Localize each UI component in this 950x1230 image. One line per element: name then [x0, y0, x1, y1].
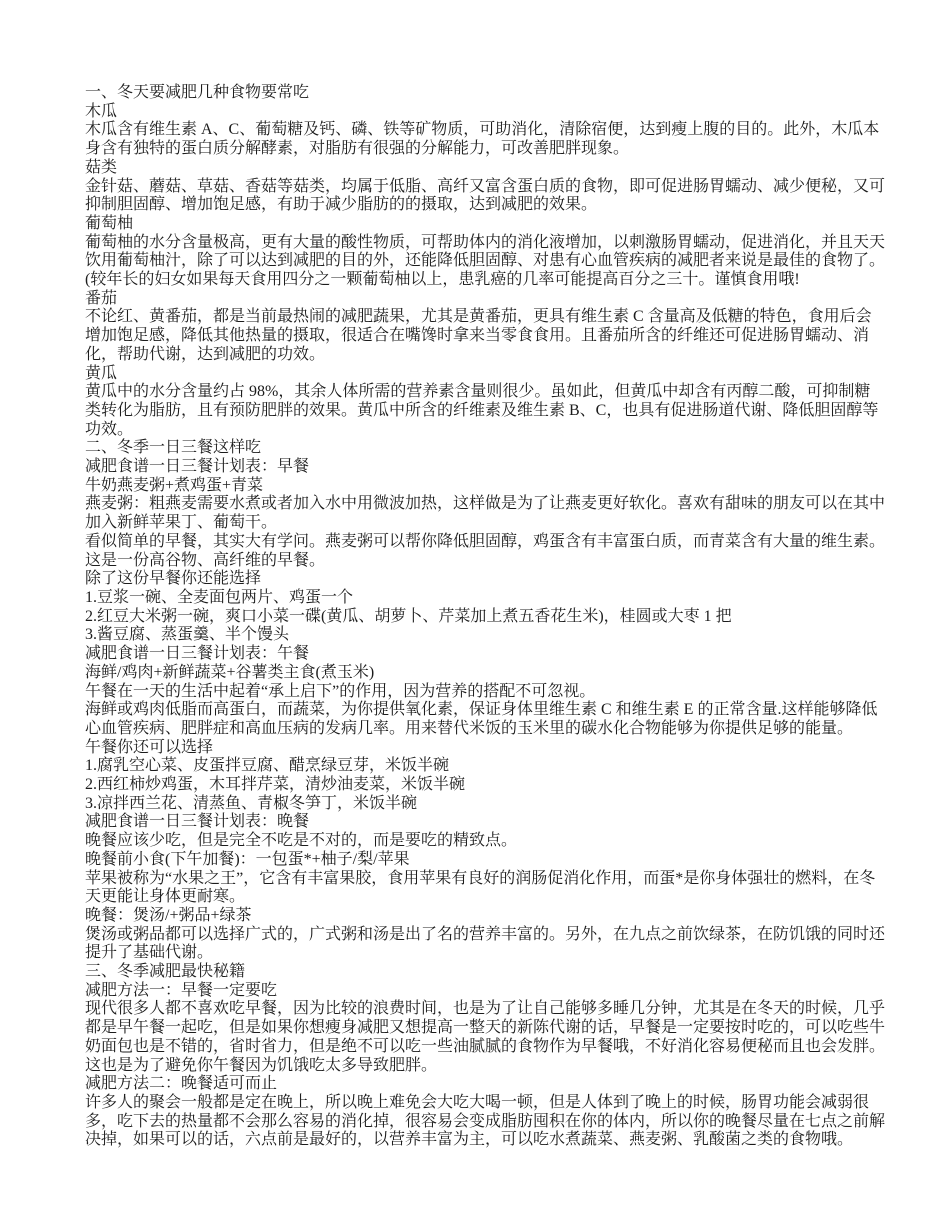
paragraph: 葡萄柚 [85, 215, 885, 234]
paragraph: 减肥食谱一日三餐计划表：早餐 [85, 458, 885, 477]
paragraph: 现代很多人都不喜欢吃早餐，因为比较的浪费时间，也是为了让自己能够多睡几分钟，尤其… [85, 1000, 885, 1075]
document-body: 一、冬天要减肥几种食物要常吃木瓜木瓜含有维生素 A、C、葡萄糖及钙、磷、铁等矿物… [85, 84, 885, 1150]
paragraph: 晚餐前小食(下午加餐)：一包蛋*+柚子/梨/苹果 [85, 851, 885, 870]
paragraph: 许多人的聚会一般都是定在晚上，所以晚上难免会大吃大喝一顿，但是人体到了晚上的时候… [85, 1094, 885, 1150]
paragraph: 牛奶燕麦粥+煮鸡蛋+青菜 [85, 477, 885, 496]
paragraph: 减肥方法一：早餐一定要吃 [85, 982, 885, 1001]
paragraph: 菇类 [85, 159, 885, 178]
paragraph: 晚餐应该少吃，但是完全不吃是不对的，而是要吃的精致点。 [85, 832, 885, 851]
paragraph: 海鲜/鸡肉+新鲜蔬菜+谷薯类主食(煮玉米) [85, 664, 885, 683]
paragraph: 番茄 [85, 290, 885, 309]
paragraph: 三、冬季减肥最快秘籍 [85, 963, 885, 982]
paragraph: 午餐在一天的生活中起着“承上启下”的作用，因为营养的搭配不可忽视。 [85, 683, 885, 702]
paragraph: 海鲜或鸡肉低脂而高蛋白，而蔬菜，为你提供氧化素，保证身体里维生素 C 和维生素 … [85, 701, 885, 738]
paragraph: 苹果被称为“水果之王”，它含有丰富果胶，食用苹果有良好的润肠促消化作用，而蛋*是… [85, 870, 885, 907]
paragraph: 2.西红柿炒鸡蛋，木耳拌芹菜，清炒油麦菜，米饭半碗 [85, 776, 885, 795]
paragraph: 1.豆浆一碗、全麦面包两片、鸡蛋一个 [85, 589, 885, 608]
paragraph: 金针菇、蘑菇、草菇、香菇等菇类，均属于低脂、高纤又富含蛋白质的食物，即可促进肠胃… [85, 178, 885, 215]
paragraph: 二、冬季一日三餐这样吃 [85, 439, 885, 458]
paragraph: 黄瓜 [85, 365, 885, 384]
paragraph: 2.红豆大米粥一碗，爽口小菜一碟(黄瓜、胡萝卜、芹菜加上煮五香花生米)，桂圆或大… [85, 608, 885, 627]
paragraph: 除了这份早餐你还能选择 [85, 570, 885, 589]
paragraph: 减肥食谱一日三餐计划表：午餐 [85, 645, 885, 664]
paragraph: 午餐你还可以选择 [85, 739, 885, 758]
paragraph: 燕麦粥：粗燕麦需要水煮或者加入水中用微波加热，这样做是为了让燕麦更好软化。喜欢有… [85, 495, 885, 532]
paragraph: 3.酱豆腐、蒸蛋羹、半个馒头 [85, 626, 885, 645]
paragraph: 煲汤或粥品都可以选择广式的，广式粥和汤是出了名的营养丰富的。另外，在九点之前饮绿… [85, 926, 885, 963]
paragraph: 1.腐乳空心菜、皮蛋拌豆腐、醋烹绿豆芽，米饭半碗 [85, 757, 885, 776]
paragraph: 看似简单的早餐，其实大有学问。燕麦粥可以帮你降低胆固醇，鸡蛋含有丰富蛋白质，而青… [85, 533, 885, 570]
paragraph: 3.凉拌西兰花、清蒸鱼、青椒冬笋丁，米饭半碗 [85, 795, 885, 814]
paragraph: 木瓜含有维生素 A、C、葡萄糖及钙、磷、铁等矿物质，可助消化，清除宿便，达到瘦上… [85, 121, 885, 158]
paragraph: 减肥方法二：晚餐适可而止 [85, 1075, 885, 1094]
document-page: 一、冬天要减肥几种食物要常吃木瓜木瓜含有维生素 A、C、葡萄糖及钙、磷、铁等矿物… [0, 0, 950, 1230]
paragraph: 晚餐：煲汤/+粥品+绿茶 [85, 907, 885, 926]
paragraph: 一、冬天要减肥几种食物要常吃 [85, 84, 885, 103]
paragraph: 黄瓜中的水分含量约占 98%，其余人体所需的营养素含量则很少。虽如此，但黄瓜中却… [85, 383, 885, 439]
paragraph: 减肥食谱一日三餐计划表：晚餐 [85, 813, 885, 832]
paragraph: 木瓜 [85, 103, 885, 122]
paragraph: 葡萄柚的水分含量极高，更有大量的酸性物质，可帮助体内的消化液增加，以刺激肠胃蠕动… [85, 234, 885, 290]
paragraph: 不论红、黄番茄，都是当前最热闹的减肥蔬果，尤其是黄番茄，更具有维生素 C 含量高… [85, 308, 885, 364]
